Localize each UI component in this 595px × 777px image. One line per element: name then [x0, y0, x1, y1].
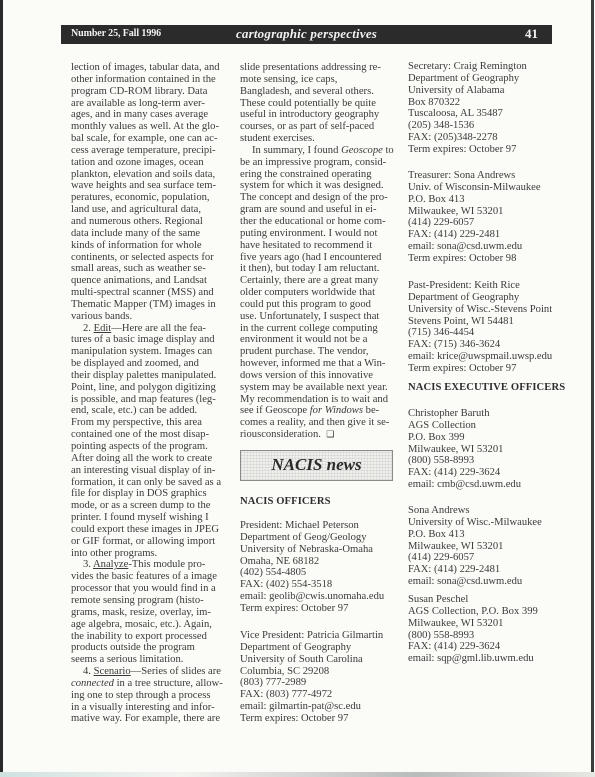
- text-line: ing one to step through a process: [71, 690, 231, 702]
- term-edit: Edit: [94, 323, 112, 334]
- executive-baruth: Christopher Baruth AGS Collection P.O. B…: [408, 408, 573, 491]
- contact-email: email: sqp@gml.lib.uwm.edu: [408, 653, 573, 665]
- nacis-news-banner: NACIS news: [240, 450, 393, 481]
- contact-line: FAX: (414) 229-3624: [408, 641, 573, 653]
- text-line: puting environment. I would not: [240, 228, 400, 240]
- text-line: pointing aspects of the program.: [71, 441, 231, 453]
- text-line: mative way. For example, there are: [71, 713, 231, 725]
- text-line: printer. I found myself wishing I: [71, 512, 231, 524]
- nacis-news-title: NACIS news: [271, 455, 361, 475]
- contact-line: Term expires: October 97: [240, 713, 400, 725]
- text-line: could put this program to good: [240, 299, 400, 311]
- text-line: could export these images in JPEG: [71, 524, 231, 536]
- paragraph-edit: 2. Edit—Here are all the fea- tures of a…: [71, 323, 231, 560]
- contact-line: Univ. of Wisconsin-Milwaukee: [408, 182, 573, 194]
- page-number: 41: [525, 26, 538, 42]
- journal-title: cartographic perspectives: [61, 26, 552, 42]
- text-line: Point, line, and polygon digitizing: [71, 382, 231, 394]
- nacis-officers-heading: NACIS OFFICERS: [240, 496, 331, 507]
- text-line: connected in a tree structure, allow-: [71, 678, 231, 690]
- contact-line: FAX: (803) 777-4972: [240, 689, 400, 701]
- contact-line: FAX: (414) 229-3624: [408, 467, 573, 479]
- text-line: system for which it was designed.: [240, 180, 400, 192]
- contact-line: University of Nebraska-Omaha: [240, 544, 400, 556]
- executive-andrews: Sona Andrews University of Wisc.-Milwauk…: [408, 505, 573, 588]
- text-line: gram are sound and useful in ei-: [240, 204, 400, 216]
- text-line: In summary, I found Geoscope to: [240, 145, 400, 157]
- text-line: products outside the program: [71, 642, 231, 654]
- contact-line: (803) 777-2989: [240, 677, 400, 689]
- contact-line: (205) 348-1536: [408, 120, 573, 132]
- nacis-executive-officers-heading: NACIS EXECUTIVE OFFICERS: [408, 382, 565, 393]
- text-line: My recommendation is to wait and: [240, 394, 400, 406]
- text-line: ther the educational or home com-: [240, 216, 400, 228]
- text-line: mode, or as a screen dump to the: [71, 500, 231, 512]
- contact-line: FAX: (414) 229-2481: [408, 564, 573, 576]
- contact-line: Secretary: Craig Remington: [408, 61, 573, 73]
- contact-line: Term expires: October 97: [408, 363, 573, 375]
- contact-line: FAX: (402) 554-3518: [240, 579, 400, 591]
- text-line: and numerous others. Regional: [71, 216, 231, 228]
- text-line: From my perspective, this area: [71, 417, 231, 429]
- contact-line: Term expires: October 97: [240, 603, 400, 615]
- text-line: continents, or selected aspects for: [71, 252, 231, 264]
- contact-line: Stevens Point, WI 54481: [408, 316, 573, 328]
- text-line: system may be available next year.: [240, 382, 400, 394]
- contact-line: (414) 229-6057: [408, 217, 573, 229]
- text-line: small areas, such as weather se-: [71, 263, 231, 275]
- text-line: their display palettes manipulated.: [71, 370, 231, 382]
- contact-line: (800) 558-8993: [408, 455, 573, 467]
- page-edge-right: [591, 0, 594, 777]
- text-line: cess average temperature, precipi-: [71, 145, 231, 157]
- contact-line: Milwaukee, WI 53201: [408, 541, 573, 553]
- text-line: various bands.: [71, 311, 231, 323]
- text-line: in a visually interesting and infor-: [71, 702, 231, 714]
- text-line: end, scale, etc.) can be added.: [71, 405, 231, 417]
- contact-line: Department of Geography: [240, 642, 400, 654]
- text-line: file for display in DOS graphics: [71, 488, 231, 500]
- contact-line: FAX: (205)348-2278: [408, 132, 573, 144]
- officer-past-president: Past-President: Keith Rice Department of…: [408, 280, 573, 375]
- contact-email: email: geolib@cwis.unomaha.edu: [240, 591, 400, 603]
- text-line: comes a reality, and then give it se-: [240, 417, 400, 429]
- text-line: student exercises.: [240, 133, 400, 145]
- contact-line: Box 870322: [408, 97, 573, 109]
- text-line: environment it would not be a: [240, 334, 400, 346]
- text-line: remote sensing program (histo-: [71, 595, 231, 607]
- executive-peschel: Susan Peschel AGS Collection, P.O. Box 3…: [408, 594, 573, 665]
- text-line: is possible, and map features (leg-: [71, 394, 231, 406]
- contact-line: Treasurer: Sona Andrews: [408, 170, 573, 182]
- text-line: manipulation system. Images can: [71, 346, 231, 358]
- contact-line: Christopher Baruth: [408, 408, 573, 420]
- contact-email: email: gilmartin-pat@sc.edu: [240, 701, 400, 713]
- contact-line: University of Wisc.-Milwaukee: [408, 517, 573, 529]
- contact-line: Past-President: Keith Rice: [408, 280, 573, 292]
- contact-line: Department of Geog/Geology: [240, 532, 400, 544]
- paragraph-summary: In summary, I found Geoscope to be an im…: [240, 145, 400, 442]
- text-line: in the current college computing: [240, 323, 400, 335]
- contact-line: Sona Andrews: [408, 505, 573, 517]
- contact-line: Columbia, SC 29208: [240, 666, 400, 678]
- contact-line: FAX: (414) 229-2481: [408, 229, 573, 241]
- paragraph-scenario: 4. Scenario—Series of slides are connect…: [71, 666, 231, 725]
- text-line: other information contained in the: [71, 74, 231, 86]
- text-line: or GIF format, or allowing import: [71, 536, 231, 548]
- text-line: dows version of this innovative: [240, 370, 400, 382]
- contact-line: Omaha, NE 68182: [240, 556, 400, 568]
- text-line: however, informed me that a Win-: [240, 358, 400, 370]
- text-line: seems a serious limitation.: [71, 654, 231, 666]
- contact-line: Milwaukee, WI 53201: [408, 206, 573, 218]
- contact-line: University of South Carolina: [240, 654, 400, 666]
- text-line: the inability to export processed: [71, 631, 231, 643]
- text-line: vides the basic features of a image: [71, 571, 231, 583]
- text-line: plankton, elevation and soils data,: [71, 169, 231, 181]
- text-line: The concept and design of the pro-: [240, 192, 400, 204]
- text-line: 2. Edit—Here are all the fea-: [71, 323, 231, 335]
- contact-line: P.O. Box 399: [408, 432, 573, 444]
- running-header: Number 25, Fall 1996 cartographic perspe…: [61, 25, 552, 44]
- text-line: 4. Scenario—Series of slides are: [71, 666, 231, 678]
- paragraph-scenario-cont: slide presentations addressing re- mote …: [240, 62, 400, 145]
- text-line: prudent purchase. The vendor,: [240, 346, 400, 358]
- text-line: ering the constrained operating: [240, 169, 400, 181]
- text-line: slide presentations addressing re-: [240, 62, 400, 74]
- text-line: lection of images, tabular data, and: [71, 62, 231, 74]
- text-line: it then), but today I am reluctant.: [240, 263, 400, 275]
- text-line: are available as long-term aver-: [71, 98, 231, 110]
- text-line: useful in introductory geography: [240, 109, 400, 121]
- contact-line: (800) 558-8993: [408, 630, 573, 642]
- contact-line: Term expires: October 97: [408, 144, 573, 156]
- text-line: 3. Analyze-This module pro-: [71, 559, 231, 571]
- text-line: peratures, economic, population,: [71, 192, 231, 204]
- text-line: program CD-ROM library. Data: [71, 86, 231, 98]
- text-line: Thematic Mapper (TM) images in: [71, 299, 231, 311]
- contact-line: AGS Collection, P.O. Box 399: [408, 606, 573, 618]
- text-line: into other programs.: [71, 548, 231, 560]
- contact-line: President: Michael Peterson: [240, 520, 400, 532]
- text-line: have hesitated to recommend it: [240, 240, 400, 252]
- text-line: five years ago (had I encountered: [240, 252, 400, 264]
- text-line: These could potentially be quite: [240, 98, 400, 110]
- text-line: use. Unfortunately, I suspect that: [240, 311, 400, 323]
- contact-line: University of Wisc.-Stevens Point: [408, 304, 573, 316]
- contact-line: (402) 554-4805: [240, 567, 400, 579]
- officer-president: President: Michael Peterson Department o…: [240, 520, 400, 615]
- text-line: be an impressive program, consid-: [240, 157, 400, 169]
- contact-line: P.O. Box 413: [408, 194, 573, 206]
- page-edge-left: [0, 0, 3, 772]
- text-line: multi-spectral scanner (MSS) and: [71, 287, 231, 299]
- contact-line: Vice President: Patricia Gilmartin: [240, 630, 400, 642]
- text-line: land use, and agricultural data,: [71, 204, 231, 216]
- text-line: grams, mask, resize, overlay, im-: [71, 607, 231, 619]
- column-2: slide presentations addressing re- mote …: [240, 62, 400, 442]
- officer-vice-president: Vice President: Patricia Gilmartin Depar…: [240, 630, 400, 725]
- contact-line: FAX: (715) 346-3624: [408, 339, 573, 351]
- text-line: age algebra, mosaic, etc.). Again,: [71, 619, 231, 631]
- contact-line: AGS Collection: [408, 420, 573, 432]
- text-line: After doing all the work to create: [71, 453, 231, 465]
- contact-line: University of Alabama: [408, 85, 573, 97]
- page-edge-bottom: [0, 772, 595, 777]
- text-line: Bangladesh, and several others.: [240, 86, 400, 98]
- contact-line: Department of Geography: [408, 73, 573, 85]
- contact-email: email: krice@uwspmail.uwsp.edu: [408, 351, 573, 363]
- end-of-article-icon: ❑: [326, 430, 334, 440]
- text-line: formation, it can only be saved as a: [71, 477, 231, 489]
- contact-line: (715) 346-4454: [408, 327, 573, 339]
- text-line: older computers worldwide that: [240, 287, 400, 299]
- text-line: an interesting visual display of in-: [71, 465, 231, 477]
- text-line: mote sensing, ice caps,: [240, 74, 400, 86]
- contact-line: Department of Geography: [408, 292, 573, 304]
- text-line: tation and ozone images, ocean: [71, 157, 231, 169]
- text-line: quence animations, and Landsat: [71, 275, 231, 287]
- text-line: wave heights and sea surface tem-: [71, 180, 231, 192]
- contact-line: P.O. Box 413: [408, 529, 573, 541]
- contact-line: Term expires: October 98: [408, 253, 573, 265]
- contact-email: email: sona@csd.uwm.edu: [408, 241, 573, 253]
- officer-treasurer: Treasurer: Sona Andrews Univ. of Wiscons…: [408, 170, 573, 265]
- text-line: bal scale, for example, one can ac-: [71, 133, 231, 145]
- contact-line: Tuscaloosa, AL 35487: [408, 108, 573, 120]
- contact-line: Milwaukee, WI 53201: [408, 444, 573, 456]
- text-line: courses, or as part of self-paced: [240, 121, 400, 133]
- text-line: contained one of the most disap-: [71, 429, 231, 441]
- paragraph-analyze: 3. Analyze-This module pro- vides the ba…: [71, 559, 231, 666]
- paragraph-data-overview: lection of images, tabular data, and oth…: [71, 62, 231, 323]
- text-line: tures of a basic image display and: [71, 334, 231, 346]
- text-line: Certainly, there are a great many: [240, 275, 400, 287]
- contact-line: (414) 229-6057: [408, 552, 573, 564]
- text-line: riousconsideration. ❑: [240, 429, 400, 442]
- text-line: be displayed and zoomed, and: [71, 358, 231, 370]
- text-line: monthly values as well. At the glo-: [71, 121, 231, 133]
- contact-line: Susan Peschel: [408, 594, 573, 606]
- text-line: data include many of the same: [71, 228, 231, 240]
- column-1: lection of images, tabular data, and oth…: [71, 62, 231, 725]
- contact-email: email: cmb@csd.uwm.edu: [408, 479, 573, 491]
- contact-line: Milwaukee, WI 53201: [408, 618, 573, 630]
- term-analyze: Analyze: [93, 559, 128, 570]
- text-line: kinds of information for whole: [71, 240, 231, 252]
- contact-email: email: sona@csd.uwm.edu: [408, 576, 573, 588]
- text-line: processor that you would find in a: [71, 583, 231, 595]
- term-scenario: Scenario: [94, 666, 131, 677]
- text-line: see if Geoscope for Windows be-: [240, 405, 400, 417]
- text-line: ages, and in many cases average: [71, 109, 231, 121]
- officer-secretary: Secretary: Craig Remington Department of…: [408, 61, 573, 156]
